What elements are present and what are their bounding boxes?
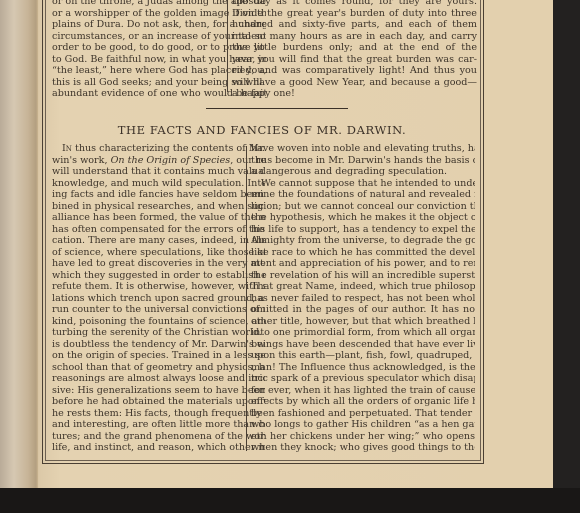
text-line: Divide the great year's burden of duty i…: [232, 8, 477, 20]
text-line: tric spark of a previous speculator whic…: [251, 373, 475, 385]
text-line-first: In thus characterizing the contents of M…: [52, 143, 265, 155]
text-line: upon this earth—plant, fish, fowl, quadr…: [251, 350, 475, 362]
article-left-column: In thus characterizing the contents of M…: [52, 143, 265, 454]
text-fragment: win's work,: [52, 155, 111, 166]
text-line: run counter to the universal convictions…: [52, 304, 265, 316]
text-line: knowledge, and much wild speculation. In…: [52, 178, 265, 190]
text-line: the revelation of his will an incredible…: [251, 270, 475, 282]
article-right-column: have woven into noble and elevating trut…: [251, 143, 475, 454]
text-line: he rests them: His facts, though frequen…: [52, 408, 265, 420]
text-line: a happy one!: [232, 88, 477, 100]
text-line: cation. There are many cases, indeed, in…: [52, 235, 265, 247]
page-edge-fold: [0, 0, 38, 513]
text-line: ing facts and idle fancies have seldom b…: [52, 189, 265, 201]
text-line: school than that of geometry and physics…: [52, 362, 265, 374]
column-divider-bottom: [246, 146, 247, 451]
text-line: man! The Influence thus acknowledged, is…: [251, 362, 475, 374]
drop-word: In: [62, 143, 72, 154]
text-line: which they suggested in order to establi…: [52, 270, 265, 282]
text-line: ment and appreciation of his power, and …: [251, 258, 475, 270]
text-line: turbing the serenity of the Christian wo…: [52, 327, 265, 339]
text-line: year you will find that the great burden…: [232, 54, 477, 66]
text-line: mine the foundations of natural and reve…: [251, 189, 475, 201]
text-line: ligion; but we cannot conceal our convic…: [251, 201, 475, 213]
text-line: is doubtless the tendency of Mr. Darwin'…: [52, 339, 265, 351]
text-line: That great Name, indeed, which true phil…: [251, 281, 475, 293]
text-line: when they knock; who gives good things t…: [251, 442, 475, 454]
text-line: hundred and sixty-five parts, and each o…: [232, 19, 477, 31]
text-line: has often compensated for the errors of …: [52, 224, 265, 236]
text-line: been fashioned and perpetuated. That ten…: [251, 408, 475, 420]
text-line: and interesting, are often little more t…: [52, 419, 265, 431]
text-line: thus become in Mr. Darwin's hands the ba…: [251, 155, 475, 167]
text-line: refute them. It is otherwise, however, w…: [52, 281, 265, 293]
text-line: into so many hours as are in each day, a…: [232, 31, 477, 43]
dark-background-right: [553, 0, 580, 513]
previous-article-right-column: the day as it comes round, for they are …: [232, 0, 477, 100]
text-line: other title, however, but that which bre…: [251, 316, 475, 328]
book-title: On the Origin of Species: [111, 155, 231, 166]
text-line: We cannot suppose that he intended to un…: [251, 178, 475, 190]
text-line: like race to which he has committed the …: [251, 247, 475, 259]
text-line: alliance has been formed, the value of t…: [52, 212, 265, 224]
text-line: Almighty from the universe, to degrade t…: [251, 235, 475, 247]
text-line: the hypothesis, which he makes it the ob…: [251, 212, 475, 224]
text-line: the little burdens only; and at the end …: [232, 42, 477, 54]
text-line: ried, and was comparatively light! And t…: [232, 65, 477, 77]
text-line: have led to great discoveries in the ver…: [52, 258, 265, 270]
column-divider-top: [227, 0, 228, 92]
text-line: lations which trench upon sacred ground,…: [52, 293, 265, 305]
section-separator-rule: [206, 108, 348, 109]
text-line: will understand that it contains much va…: [52, 166, 265, 178]
text-line: tures; and the grand phenomena of the wo…: [52, 431, 265, 443]
text-line: the day as it comes round, for they are …: [232, 0, 477, 8]
text-line: beings have been descended that have eve…: [251, 339, 475, 351]
text-line: bined in physical researches, and when s…: [52, 201, 265, 213]
text-line: effects by which all the orders of organ…: [251, 396, 475, 408]
text-fragment: thus characterizing the contents of Mr. …: [72, 143, 265, 154]
text-line: of science, where speculations, like tho…: [52, 247, 265, 259]
text-line: before he had obtained the materials upo…: [52, 396, 265, 408]
text-line: life, and instinct, and reason, which ot…: [52, 442, 265, 454]
text-line: reasonings are almost always loose and i…: [52, 373, 265, 385]
text-line: sive: His generalizations seem to have b…: [52, 385, 265, 397]
text-line: omitted in the pages of our author. It h…: [251, 304, 475, 316]
text-line: into one primordial form, from which all…: [251, 327, 475, 339]
text-line: for ever, when it has lighted the train …: [251, 385, 475, 397]
text-line: win's work, On the Origin of Species, ou…: [52, 155, 265, 167]
text-line: who longs to gather His children “as a h…: [251, 419, 475, 431]
dark-background-bottom: [0, 488, 580, 513]
text-line: eth her chickens under her wing;” who op…: [251, 431, 475, 443]
text-line: on the origin of species. Trained in a l…: [52, 350, 265, 362]
text-line: his life to support, has a tendency to e…: [251, 224, 475, 236]
text-line: a dangerous and degrading speculation.: [251, 166, 475, 178]
article-title: THE FACTS AND FANCIES OF MR. DARWIN.: [45, 123, 479, 137]
text-line: kind, poisoning the fountains of science…: [52, 316, 265, 328]
text-line: will have a good New Year, and because a…: [232, 77, 477, 89]
text-line: have woven into noble and elevating trut…: [251, 143, 475, 155]
text-line: has never failed to respect, has not bee…: [251, 293, 475, 305]
